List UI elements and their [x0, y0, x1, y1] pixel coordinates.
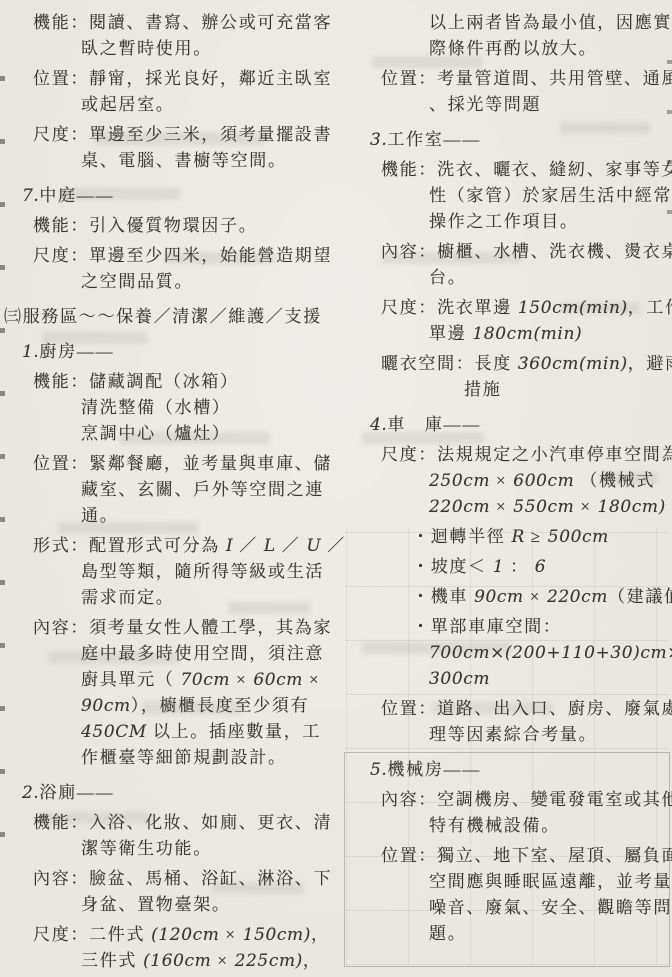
- text-line: 之空間品質。: [81, 269, 336, 295]
- text-line: ・迴轉半徑 R ≥ 500cm: [412, 524, 672, 550]
- text-line: 機能：洗衣、曬衣、縫紉、家事等女: [381, 157, 672, 183]
- text-line: ・單部車庫空間：: [412, 614, 672, 640]
- text-line: 理等因素綜合考量。: [429, 722, 672, 748]
- list-item-heading: 4.車 庫——: [370, 412, 672, 438]
- text-line: 尺度：單邊至少三米，須考量擺設書: [33, 122, 336, 148]
- scanned-document-page: 機能：閱讀、書寫、辦公或可充當客臥之暫時使用。位置：靜甯，採光良好，鄰近主臥室或…: [0, 0, 672, 977]
- text-line: 烹調中心（爐灶）: [81, 421, 336, 447]
- text-line: 250cm × 600cm （機械式: [429, 468, 672, 494]
- list-item-heading: 1.廚房——: [22, 339, 336, 365]
- list-item-heading: 3.工作室——: [370, 127, 672, 153]
- text-line: 曬衣空間：長度 360cm(min)，避雨: [381, 351, 672, 377]
- list-item-heading: 7.中庭——: [22, 183, 336, 209]
- text-line: 桌、電腦、書櫥等空間。: [81, 148, 336, 174]
- list-item-heading: 5.機械房——: [370, 757, 672, 783]
- text-line: 庭中最多時使用空間，須注意: [81, 641, 336, 667]
- text-line: 作櫃臺等細節規劃設計。: [81, 745, 336, 771]
- text-line: 機能：閱讀、書寫、辦公或可充當客: [33, 10, 336, 36]
- text-line: 清洗整備（水槽）: [81, 395, 336, 421]
- text-line: 700cm×(200+110+30)cm×: [429, 640, 672, 666]
- text-line: 機能：入浴、化妝、如廁、更衣、清: [33, 810, 336, 836]
- text-line: 尺度：洗衣單邊 150cm(min)，工作: [381, 295, 672, 321]
- text-line: 際條件再酌以放大。: [429, 36, 672, 62]
- text-line: 內容：櫥櫃、水槽、洗衣機、燙衣桌: [381, 239, 672, 265]
- left-column: 機能：閱讀、書寫、辦公或可充當客臥之暫時使用。位置：靜甯，採光良好，鄰近主臥室或…: [0, 10, 336, 974]
- text-line: 內容：臉盆、馬桶、浴缸、淋浴、下: [33, 866, 336, 892]
- text-line: ・坡度＜ 1 ： 6: [412, 554, 672, 580]
- text-line: 內容：須考量女性人體工學，其為家: [33, 615, 336, 641]
- text-line: 、採光等問題: [429, 92, 672, 118]
- text-line: 尺度：二件式 (120cm × 150cm)，: [33, 922, 336, 948]
- text-line: 台。: [429, 265, 672, 291]
- text-line: 90cm），櫥櫃長度至少須有: [81, 693, 336, 719]
- text-line: 特有機械設備。: [429, 813, 672, 839]
- text-line: 臥之暫時使用。: [81, 36, 336, 62]
- text-line: 空間應與睡眠區遠離，並考量: [429, 869, 672, 895]
- text-line: 性（家管）於家居生活中經常: [429, 183, 672, 209]
- text-line: 需求而定。: [81, 585, 336, 611]
- text-line: 潔等衛生功能。: [81, 836, 336, 862]
- text-line: 尺度：法規規定之小汽車停車空間為: [381, 442, 672, 468]
- list-item-heading: 2.浴廁——: [22, 780, 336, 806]
- text-line: 位置：道路、出入口、廚房、廢氣處: [381, 696, 672, 722]
- text-line: 機能：儲藏調配（冰箱）: [33, 369, 336, 395]
- text-line: 300cm: [429, 666, 672, 692]
- text-line: 內容：空調機房、變電發電室或其他: [381, 787, 672, 813]
- text-line: 題。: [429, 921, 672, 947]
- text-line: 噪音、廢氣、安全、觀瞻等問: [429, 895, 672, 921]
- text-line: 以上兩者皆為最小值，因應實: [429, 10, 672, 36]
- text-line: 通。: [81, 503, 336, 529]
- text-line: 或起居室。: [81, 92, 336, 118]
- section-header: ㈢服務區～～保養／清潔／維護／支援: [4, 304, 336, 330]
- text-line: 操作之工作項目。: [429, 209, 672, 235]
- text-line: 220cm × 550cm × 180cm): [429, 494, 672, 520]
- text-line: 三件式 (160cm × 225cm)，: [81, 948, 336, 974]
- text-line: 廚具單元（ 70cm × 60cm ×: [81, 667, 336, 693]
- text-line: 機能：引入優質物環因子。: [33, 213, 336, 239]
- text-line: ・機車 90cm × 220cm（建議值）: [412, 584, 672, 610]
- text-line: 形式：配置形式可分為 I ／ L ／ U ／: [33, 533, 336, 559]
- text-line: 位置：考量管道間、共用管壁、通風: [381, 66, 672, 92]
- text-line: 位置：緊鄰餐廳，並考量與車庫、儲: [33, 451, 336, 477]
- text-line: 尺度：單邊至少四米，始能營造期望: [33, 243, 336, 269]
- text-line: 藏室、玄關、戶外等空間之連: [81, 477, 336, 503]
- text-line: 單邊 180cm(min): [429, 321, 672, 347]
- text-line: 島型等類，隨所得等級或生活: [81, 559, 336, 585]
- right-column: 以上兩者皆為最小值，因應實際條件再酌以放大。位置：考量管道間、共用管壁、通風、採…: [348, 10, 672, 947]
- text-line: 位置：獨立、地下室、屋頂、屬負面: [381, 843, 672, 869]
- text-line: 身盆、置物臺架。: [81, 892, 336, 918]
- text-line: 450CM 以上。插座數量，工: [81, 719, 336, 745]
- text-line: 位置：靜甯，採光良好，鄰近主臥室: [33, 66, 336, 92]
- text-line: 措施: [464, 377, 672, 403]
